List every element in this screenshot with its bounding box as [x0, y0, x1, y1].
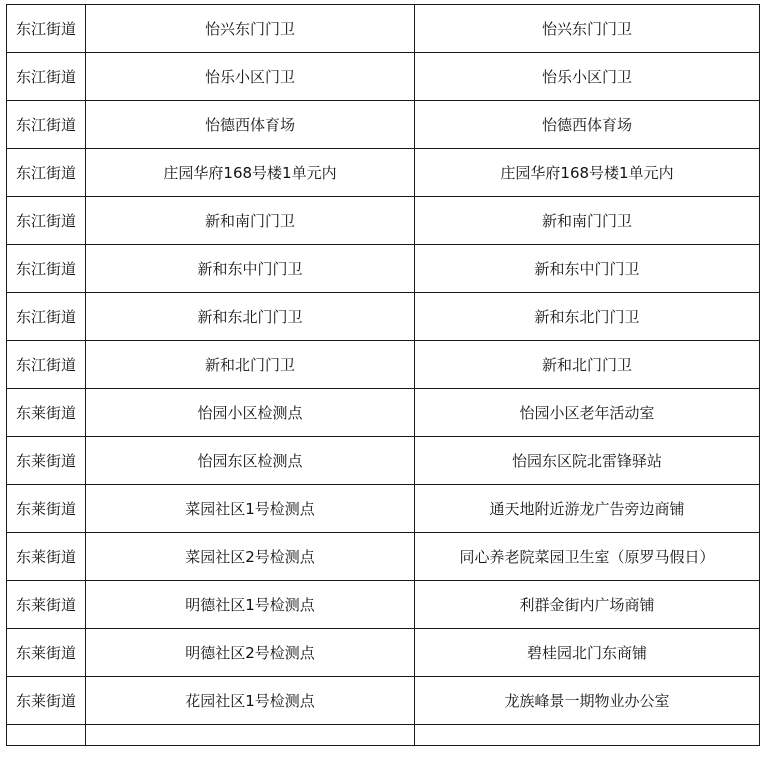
location-cell: 怡德西体育场 — [415, 101, 760, 149]
site-name-cell: 花园社区1号检测点 — [86, 677, 415, 725]
location-cell: 碧桂园北门东商铺 — [415, 629, 760, 677]
table-row: 东江街道新和南门门卫新和南门门卫 — [7, 197, 760, 245]
site-name-cell: 庄园华府168号楼1单元内 — [86, 149, 415, 197]
street-cell: 东江街道 — [7, 197, 86, 245]
street-cell: 东莱街道 — [7, 389, 86, 437]
street-cell: 东莱街道 — [7, 437, 86, 485]
testing-sites-table: 东江街道怡兴东门门卫怡兴东门门卫东江街道怡乐小区门卫怡乐小区门卫东江街道怡德西体… — [6, 4, 760, 746]
empty-cell — [86, 725, 415, 746]
site-name-cell: 怡园小区检测点 — [86, 389, 415, 437]
empty-cell — [415, 725, 760, 746]
street-cell: 东江街道 — [7, 53, 86, 101]
street-cell: 东莱街道 — [7, 533, 86, 581]
site-name-cell: 新和东北门门卫 — [86, 293, 415, 341]
location-cell: 新和东北门门卫 — [415, 293, 760, 341]
street-cell: 东江街道 — [7, 293, 86, 341]
table-row: 东江街道庄园华府168号楼1单元内庄园华府168号楼1单元内 — [7, 149, 760, 197]
site-name-cell: 新和北门门卫 — [86, 341, 415, 389]
empty-cell — [7, 725, 86, 746]
table-row: 东莱街道怡园小区检测点怡园小区老年活动室 — [7, 389, 760, 437]
table-body: 东江街道怡兴东门门卫怡兴东门门卫东江街道怡乐小区门卫怡乐小区门卫东江街道怡德西体… — [7, 5, 760, 746]
table-row: 东莱街道菜园社区2号检测点同心养老院菜园卫生室（原罗马假日） — [7, 533, 760, 581]
street-cell: 东江街道 — [7, 101, 86, 149]
table-row: 东江街道新和东北门门卫新和东北门门卫 — [7, 293, 760, 341]
location-cell: 怡园东区院北雷锋驿站 — [415, 437, 760, 485]
location-cell: 新和东中门门卫 — [415, 245, 760, 293]
location-cell: 庄园华府168号楼1单元内 — [415, 149, 760, 197]
table-row: 东莱街道怡园东区检测点怡园东区院北雷锋驿站 — [7, 437, 760, 485]
site-name-cell: 明德社区1号检测点 — [86, 581, 415, 629]
location-cell: 怡乐小区门卫 — [415, 53, 760, 101]
location-cell: 同心养老院菜园卫生室（原罗马假日） — [415, 533, 760, 581]
site-name-cell: 菜园社区2号检测点 — [86, 533, 415, 581]
table-row: 东江街道怡乐小区门卫怡乐小区门卫 — [7, 53, 760, 101]
street-cell: 东江街道 — [7, 149, 86, 197]
street-cell: 东莱街道 — [7, 485, 86, 533]
site-name-cell: 怡乐小区门卫 — [86, 53, 415, 101]
site-name-cell: 菜园社区1号检测点 — [86, 485, 415, 533]
table-row: 东莱街道明德社区2号检测点碧桂园北门东商铺 — [7, 629, 760, 677]
street-cell: 东莱街道 — [7, 581, 86, 629]
location-cell: 通天地附近游龙广告旁边商铺 — [415, 485, 760, 533]
site-name-cell: 怡德西体育场 — [86, 101, 415, 149]
table-row: 东江街道新和北门门卫新和北门门卫 — [7, 341, 760, 389]
location-cell: 利群金街内广场商铺 — [415, 581, 760, 629]
table-row-partial — [7, 725, 760, 746]
table-row: 东莱街道花园社区1号检测点龙族峰景一期物业办公室 — [7, 677, 760, 725]
site-name-cell: 新和东中门门卫 — [86, 245, 415, 293]
location-cell: 新和北门门卫 — [415, 341, 760, 389]
street-cell: 东莱街道 — [7, 629, 86, 677]
street-cell: 东江街道 — [7, 5, 86, 53]
table-row: 东江街道怡德西体育场怡德西体育场 — [7, 101, 760, 149]
table-row: 东莱街道菜园社区1号检测点通天地附近游龙广告旁边商铺 — [7, 485, 760, 533]
site-name-cell: 明德社区2号检测点 — [86, 629, 415, 677]
location-cell: 怡园小区老年活动室 — [415, 389, 760, 437]
location-cell: 龙族峰景一期物业办公室 — [415, 677, 760, 725]
street-cell: 东江街道 — [7, 245, 86, 293]
site-name-cell: 怡兴东门门卫 — [86, 5, 415, 53]
site-name-cell: 怡园东区检测点 — [86, 437, 415, 485]
street-cell: 东莱街道 — [7, 677, 86, 725]
location-cell: 新和南门门卫 — [415, 197, 760, 245]
table-row: 东江街道怡兴东门门卫怡兴东门门卫 — [7, 5, 760, 53]
table-row: 东莱街道明德社区1号检测点利群金街内广场商铺 — [7, 581, 760, 629]
location-cell: 怡兴东门门卫 — [415, 5, 760, 53]
site-name-cell: 新和南门门卫 — [86, 197, 415, 245]
table-row: 东江街道新和东中门门卫新和东中门门卫 — [7, 245, 760, 293]
street-cell: 东江街道 — [7, 341, 86, 389]
